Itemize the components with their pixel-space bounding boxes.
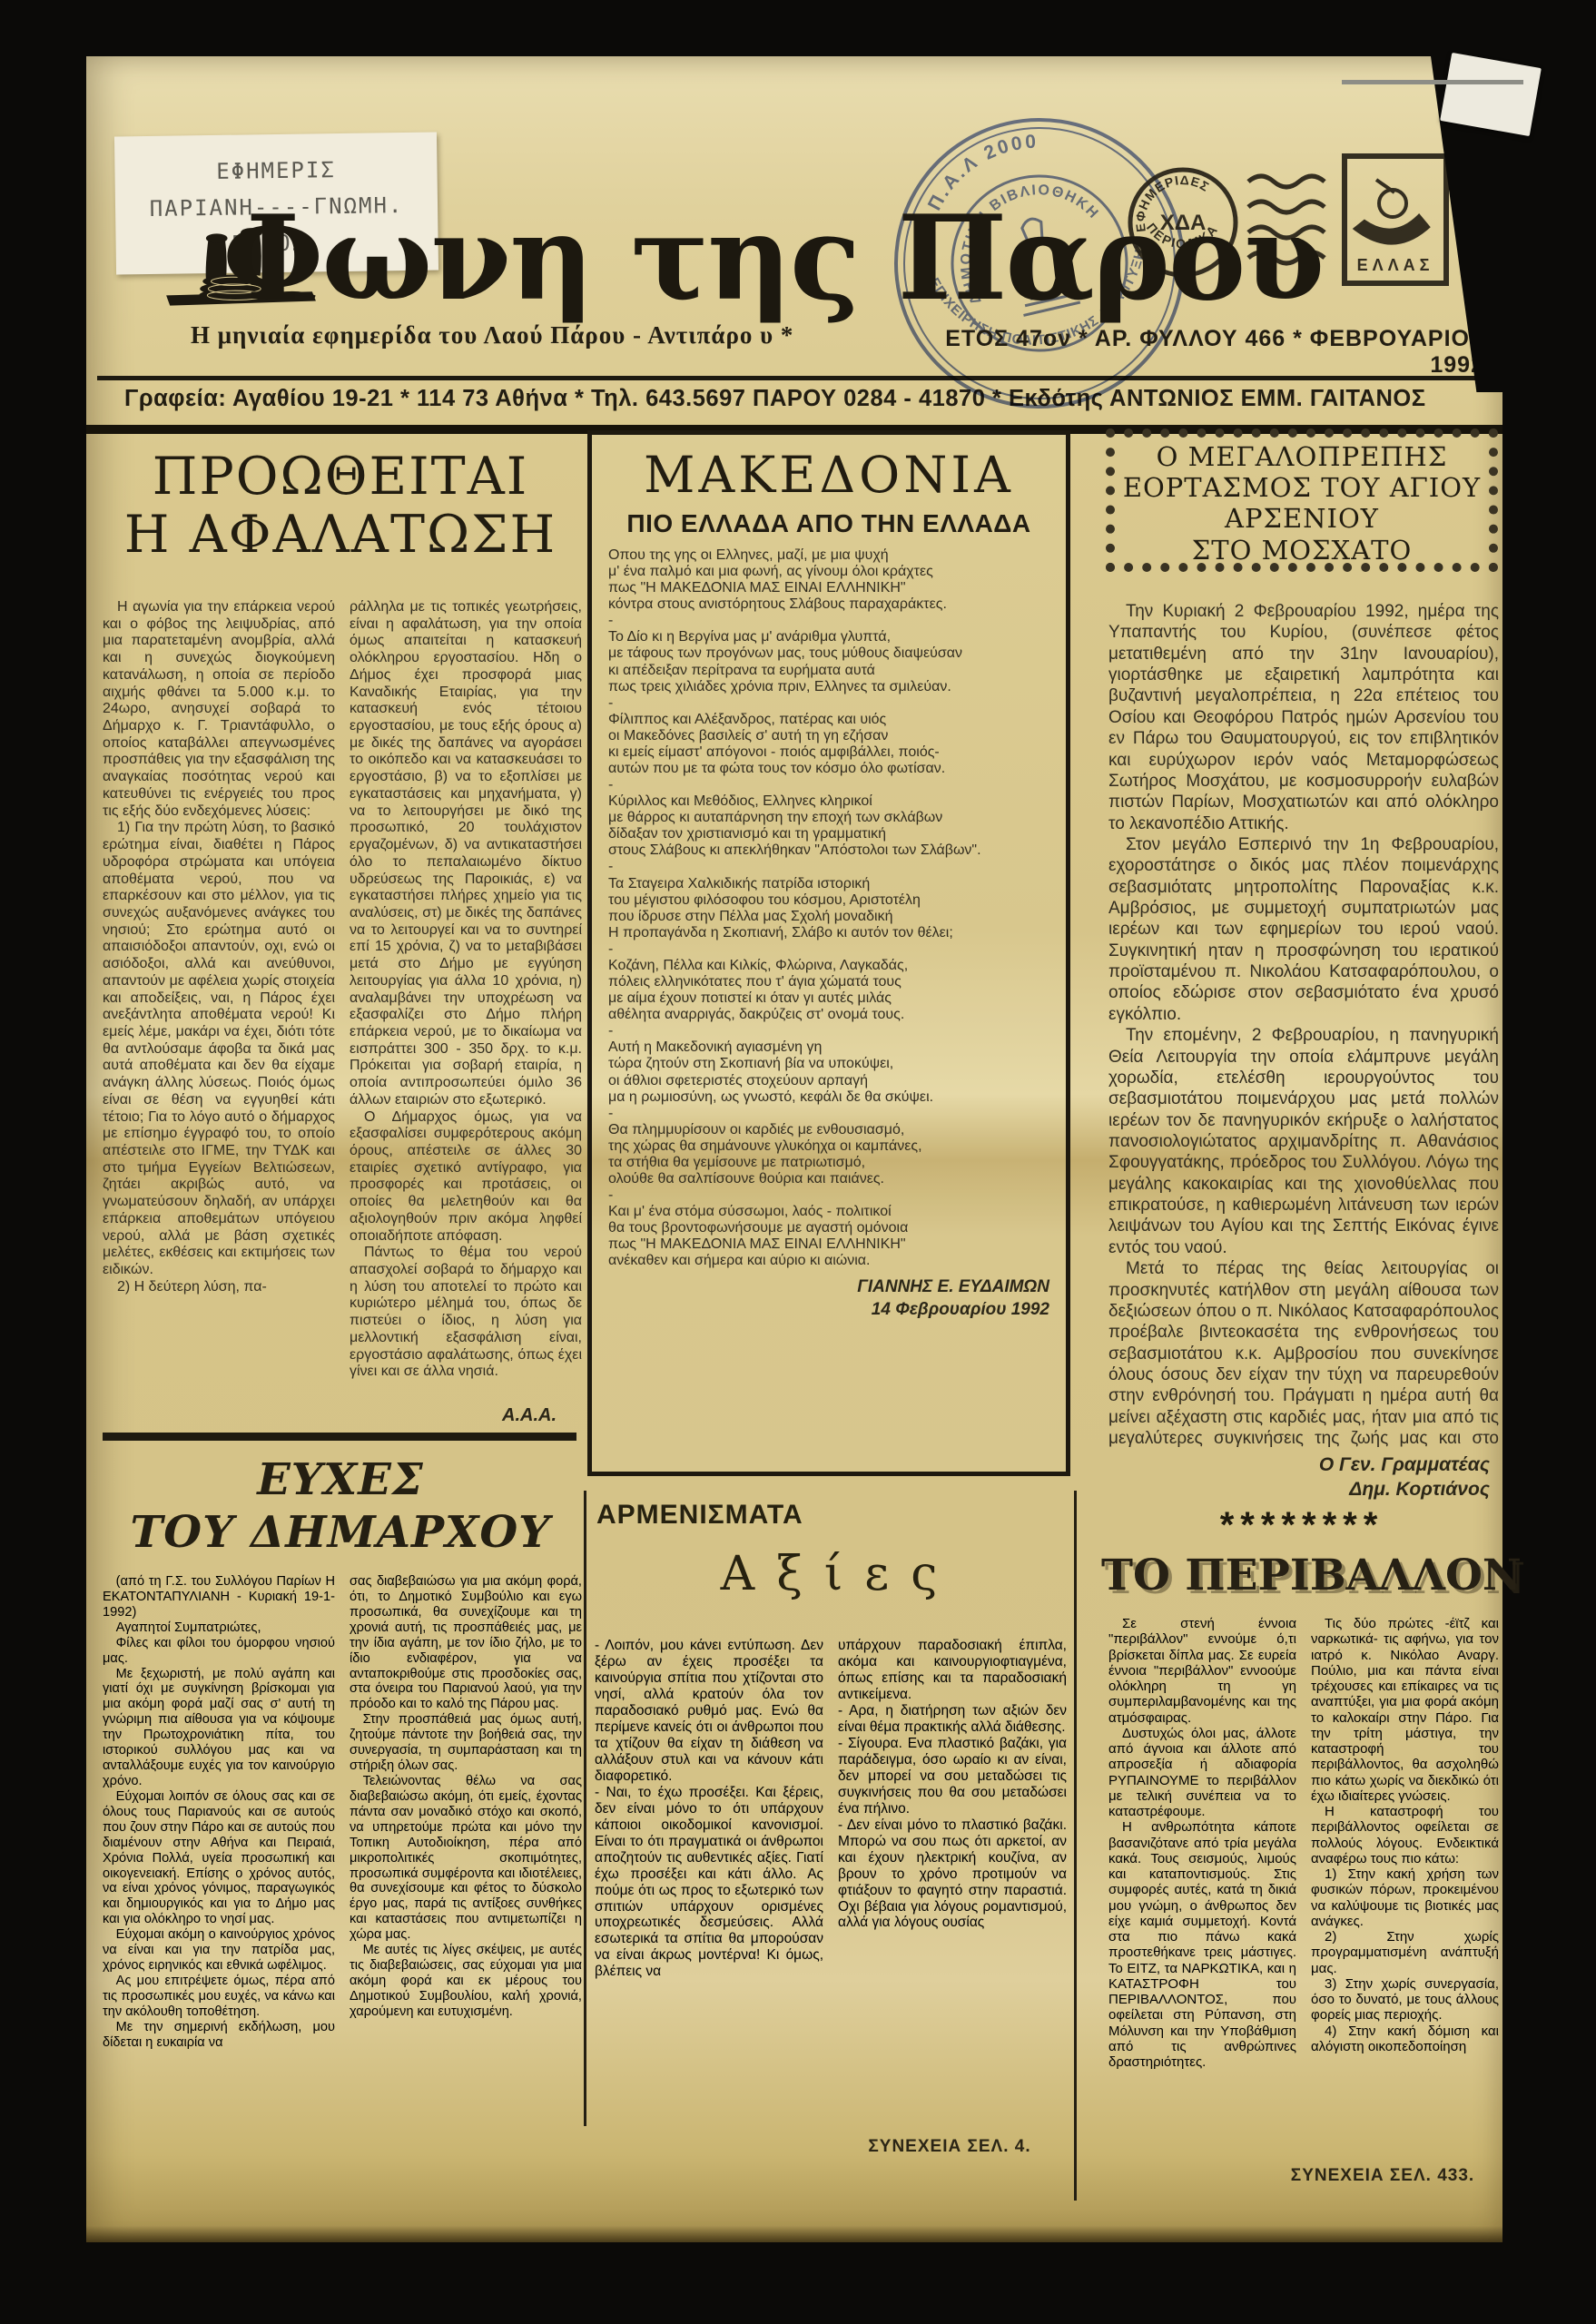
armenismata-body: - Λοιπόν, μου κάνει εντύπωση. Δεν ξέρω α… bbox=[595, 1638, 1067, 2132]
page-bottom-curl-shadow bbox=[86, 2226, 1502, 2242]
macedonia-poem-signature: ΓΙΑΝΝΗΣ Ε. ΕΥΔΑΙΜΩΝ 14 Φεβρουαρίου 1992 bbox=[608, 1276, 1049, 1321]
environment-column-1: Σε στενή έννοια "περιβάλλον" εννούμε ό,τ… bbox=[1108, 1616, 1296, 2197]
armenismata-title: Αξίες bbox=[587, 1547, 1070, 1601]
column-rule-left bbox=[584, 1491, 586, 2126]
desalination-headline: ΠΡΟΩΘΕΙΤΑΙ Η ΑΦΑΛΑΤΩΣΗ bbox=[95, 448, 586, 565]
armenismata-column-1: - Λοιπόν, μου κάνει εντύπωση. Δεν ξέρω α… bbox=[595, 1638, 823, 2132]
newspaper-page: ΕΦΗΜΕΡΙΣ ΠΑΡΙΑΝΗ----ΓΝΩΜΗ. ΠΑΡΟΣ. Κ.Δ.Ε.… bbox=[86, 56, 1502, 2242]
issue-line: ΕΤΟΣ 47ον * ΑΡ. ΦΥΛΛΟΥ 466 * ΦΕΒΡΟΥΑΡΙΟΣ… bbox=[903, 326, 1484, 379]
macedonia-poem-box: ΜΑΚΕΔΟΝΙΑ ΠΙΟ ΕΛΛΑΔΑ ΑΠΟ ΤΗΝ ΕΛΛΑΔΑ Οπου… bbox=[587, 430, 1070, 1476]
scanned-newspaper-page: { "label": { "l1": "ΕΦΗΜΕΡΙΣ", "l2": "ΠΑ… bbox=[0, 0, 1596, 2324]
desalination-column-2: ράλληλα με τις τοπικές γεωτρήσεις, είναι… bbox=[350, 599, 582, 1405]
desalination-column-1: Η αγωνία για την επάρκεια νερού και ο φό… bbox=[103, 599, 335, 1405]
macedonia-poem-text: Οπου της γης οι Ελληνες, μαζί, με μια ψυ… bbox=[608, 547, 1049, 1269]
posthorn-stamp-country: ΕΛΛΑΣ bbox=[1357, 256, 1434, 274]
scan-edge-line bbox=[1342, 80, 1523, 84]
arsenios-headline-box: Ο ΜΕΓΑΛΟΠΡΕΠΗΣ ΕΟΡΤΑΣΜΟΣ ΤΟΥ ΑΓΙΟΥ ΑΡΣΕΝ… bbox=[1106, 428, 1498, 572]
asterisk-divider: ******** bbox=[1106, 1505, 1498, 1546]
macedonia-title: ΜΑΚΕΔΟΝΙΑ bbox=[608, 446, 1049, 504]
armenismata-column-2: υπάρχουν παραδοσιακή έπιπλα, ακόμα και κ… bbox=[838, 1638, 1067, 2132]
mayor-wishes-column-2: σας διαβεβαιώσω για μια ακόμη φορά, ότι,… bbox=[350, 1574, 582, 2142]
publisher-info-line: Γραφεία: Αγαθίου 19-21 * 114 73 Αθήνα * … bbox=[124, 386, 1486, 412]
arsenios-signature: Ο Γεν. Γραμματέας Δημ. Κορτιάνος bbox=[1108, 1452, 1490, 1502]
mayor-wishes-headline: ΕΥΧΕΣ ΤΟΥ ΔΗΜΑΡΧΟΥ bbox=[95, 1454, 586, 1559]
column-rule-right bbox=[1074, 1491, 1077, 2201]
section-divider-rule bbox=[103, 1433, 576, 1441]
environment-continuation-note: ΣΥΝΕΧΕΙΑ ΣΕΛ. 433. bbox=[1266, 2166, 1499, 2186]
newspaper-subtitle: Η μηνιαία εφημερίδα του Λαού Πάρου - Αντ… bbox=[191, 321, 962, 350]
posthorn-stamp-frame: ΕΛΛΑΣ bbox=[1345, 156, 1446, 283]
arsenios-article-body: Την Κυριακή 2 Φεβρουαρίου 1992, ημέρα τη… bbox=[1108, 601, 1499, 1447]
environment-headline: ΤΟ ΠΕΡΙΒΑΛΛΟΝ bbox=[1101, 1551, 1502, 1600]
macedonia-subtitle: ΠΙΟ ΕΛΛΑΔΑ ΑΠΟ ΤΗΝ ΕΛΛΑΔΑ bbox=[608, 509, 1049, 538]
environment-body: Σε στενή έννοια "περιβάλλον" εννούμε ό,τ… bbox=[1108, 1616, 1499, 2197]
mayor-wishes-column-1: (από τη Γ.Σ. του Συλλόγου Παρίων Η ΕΚΑΤΟ… bbox=[103, 1574, 335, 2142]
desalination-article-body: Η αγωνία για την επάρκεια νερού και ο φό… bbox=[103, 599, 582, 1405]
armenismata-continuation-note: ΣΥΝΕΧΕΙΑ ΣΕΛ. 4. bbox=[832, 2137, 1067, 2157]
armenismata-kicker: ΑΡΜΕΝΙΣΜΑΤΑ bbox=[596, 1500, 803, 1531]
desalination-byline: Α.Α.Α. bbox=[103, 1405, 557, 1426]
mayor-wishes-body: (από τη Γ.Σ. του Συλλόγου Παρίων Η ΕΚΑΤΟ… bbox=[103, 1574, 582, 2142]
posthorn-icon bbox=[1355, 180, 1428, 243]
environment-column-2: Τις δύο πρώτες -έϊτζ και ναρκωτικά- τις … bbox=[1311, 1616, 1499, 2197]
